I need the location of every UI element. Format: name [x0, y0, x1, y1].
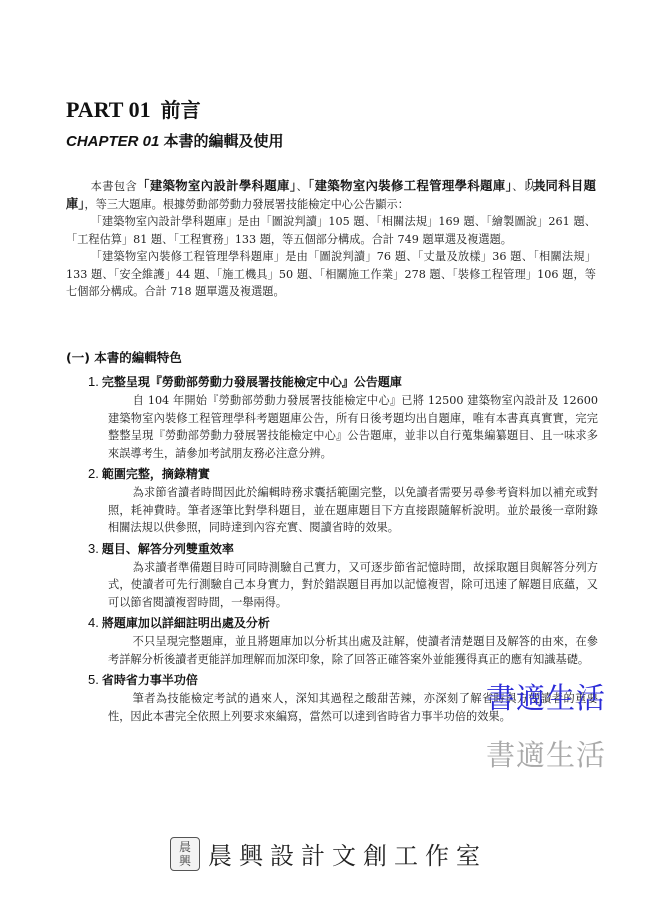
intro-text: 本書包含 — [91, 180, 137, 193]
separator: 、 — [296, 180, 308, 193]
part-label: PART 01 — [66, 97, 151, 122]
intro-paragraph-2: 「建築物室內設計學科題庫」是由「圖說判讀」105 題、「相關法規」169 題、「… — [66, 213, 596, 248]
feature-title-text: 題目、解答分列雙重效率 — [102, 542, 234, 556]
chapter-label: CHAPTER 01 — [66, 133, 159, 150]
feature-body: 為求讀者準備題目時可同時測驗自己實力，又可逐步節省記憶時間，故採取題目與解答分列… — [108, 559, 598, 612]
intro-paragraph-1: 本書包含「建築物室內設計學科題庫」、「建築物室內裝修工程管理學科題庫」、以及「共… — [66, 178, 596, 213]
watermark-gray: 書適生活 — [486, 733, 606, 774]
feature-number: 2. — [88, 466, 99, 481]
feature-title-text: 範圍完整，摘錄精實 — [102, 467, 210, 481]
chapter-heading: 本書的編輯及使用 — [164, 133, 284, 150]
bank-name-interior-design: 「建築物室內設計學科題庫」 — [137, 179, 296, 193]
chapter-title: CHAPTER 01 本書的編輯及使用 — [66, 130, 284, 151]
feature-body: 自 104 年開始『勞動部勞動力發展署技能檢定中心』已將 12500 建築物室內… — [108, 392, 598, 462]
publisher-logo: 晨 興 晨興設計文創工作室 — [170, 836, 487, 871]
feature-title-text: 省時省力事半功倍 — [102, 673, 198, 687]
intro-section: 本書包含「建築物室內設計學科題庫」、「建築物室內裝修工程管理學科題庫」、以及「共… — [66, 178, 596, 301]
feature-title-text: 完整呈現『勞動部勞動力發展署技能檢定中心』公告題庫 — [102, 375, 402, 389]
feature-title: 4.將題庫加以詳細註明出處及分析 — [88, 613, 598, 633]
watermark-blue: 書適生活 — [486, 676, 606, 717]
seal-char-bottom: 興 — [179, 854, 191, 868]
studio-name: 晨興設計文創工作室 — [208, 836, 487, 871]
feature-number: 4. — [88, 615, 99, 630]
features-list: 1.完整呈現『勞動部勞動力發展署技能檢定中心』公告題庫 自 104 年開始『勞動… — [88, 372, 598, 727]
feature-item: 1.完整呈現『勞動部勞動力發展署技能檢定中心』公告題庫 自 104 年開始『勞動… — [88, 372, 598, 462]
book-page: PART 01前言 CHAPTER 01 本書的編輯及使用 本書包含「建築物室內… — [0, 0, 664, 909]
feature-item: 2.範圍完整，摘錄精實 為求節省讀者時間因此於編輯時務求囊括範圍完整，以免讀者需… — [88, 464, 598, 537]
intro-paragraph-3: 「建築物室內裝修工程管理學科題庫」是由「圖說判讀」76 題、「丈量及放樣」36 … — [66, 248, 596, 301]
feature-number: 1. — [88, 374, 99, 389]
feature-title: 3.題目、解答分列雙重效率 — [88, 539, 598, 559]
feature-title: 1.完整呈現『勞動部勞動力發展署技能檢定中心』公告題庫 — [88, 372, 598, 392]
feature-title: 2.範圍完整，摘錄精實 — [88, 464, 598, 484]
bank-name-interior-renovation: 「建築物室內裝修工程管理學科題庫」 — [308, 179, 512, 193]
feature-body: 不只呈現完整題庫，並且將題庫加以分析其出處及註解，使讀者清楚題目及解答的由來，在… — [108, 633, 598, 668]
part-title: PART 01前言 — [66, 94, 201, 123]
feature-body: 為求節省讀者時間因此於編輯時務求囊括範圍完整，以免讀者需要另尋參考資料加以補充或… — [108, 484, 598, 537]
seal-icon: 晨 興 — [170, 837, 200, 871]
feature-item: 4.將題庫加以詳細註明出處及分析 不只呈現完整題庫，並且將題庫加以分析其出處及註… — [88, 613, 598, 668]
seal-char-top: 晨 — [179, 840, 191, 854]
feature-title-text: 將題庫加以詳細註明出處及分析 — [102, 616, 270, 630]
intro-text: ，等三大題庫。根據勞動部勞動力發展署技能檢定中心公告顯示： — [84, 198, 408, 211]
part-heading: 前言 — [161, 98, 201, 122]
feature-number: 3. — [88, 541, 99, 556]
feature-item: 3.題目、解答分列雙重效率 為求讀者準備題目時可同時測驗自己實力，又可逐步節省記… — [88, 539, 598, 612]
section-title: (一) 本書的編輯特色 — [66, 348, 182, 366]
feature-number: 5. — [88, 672, 99, 687]
